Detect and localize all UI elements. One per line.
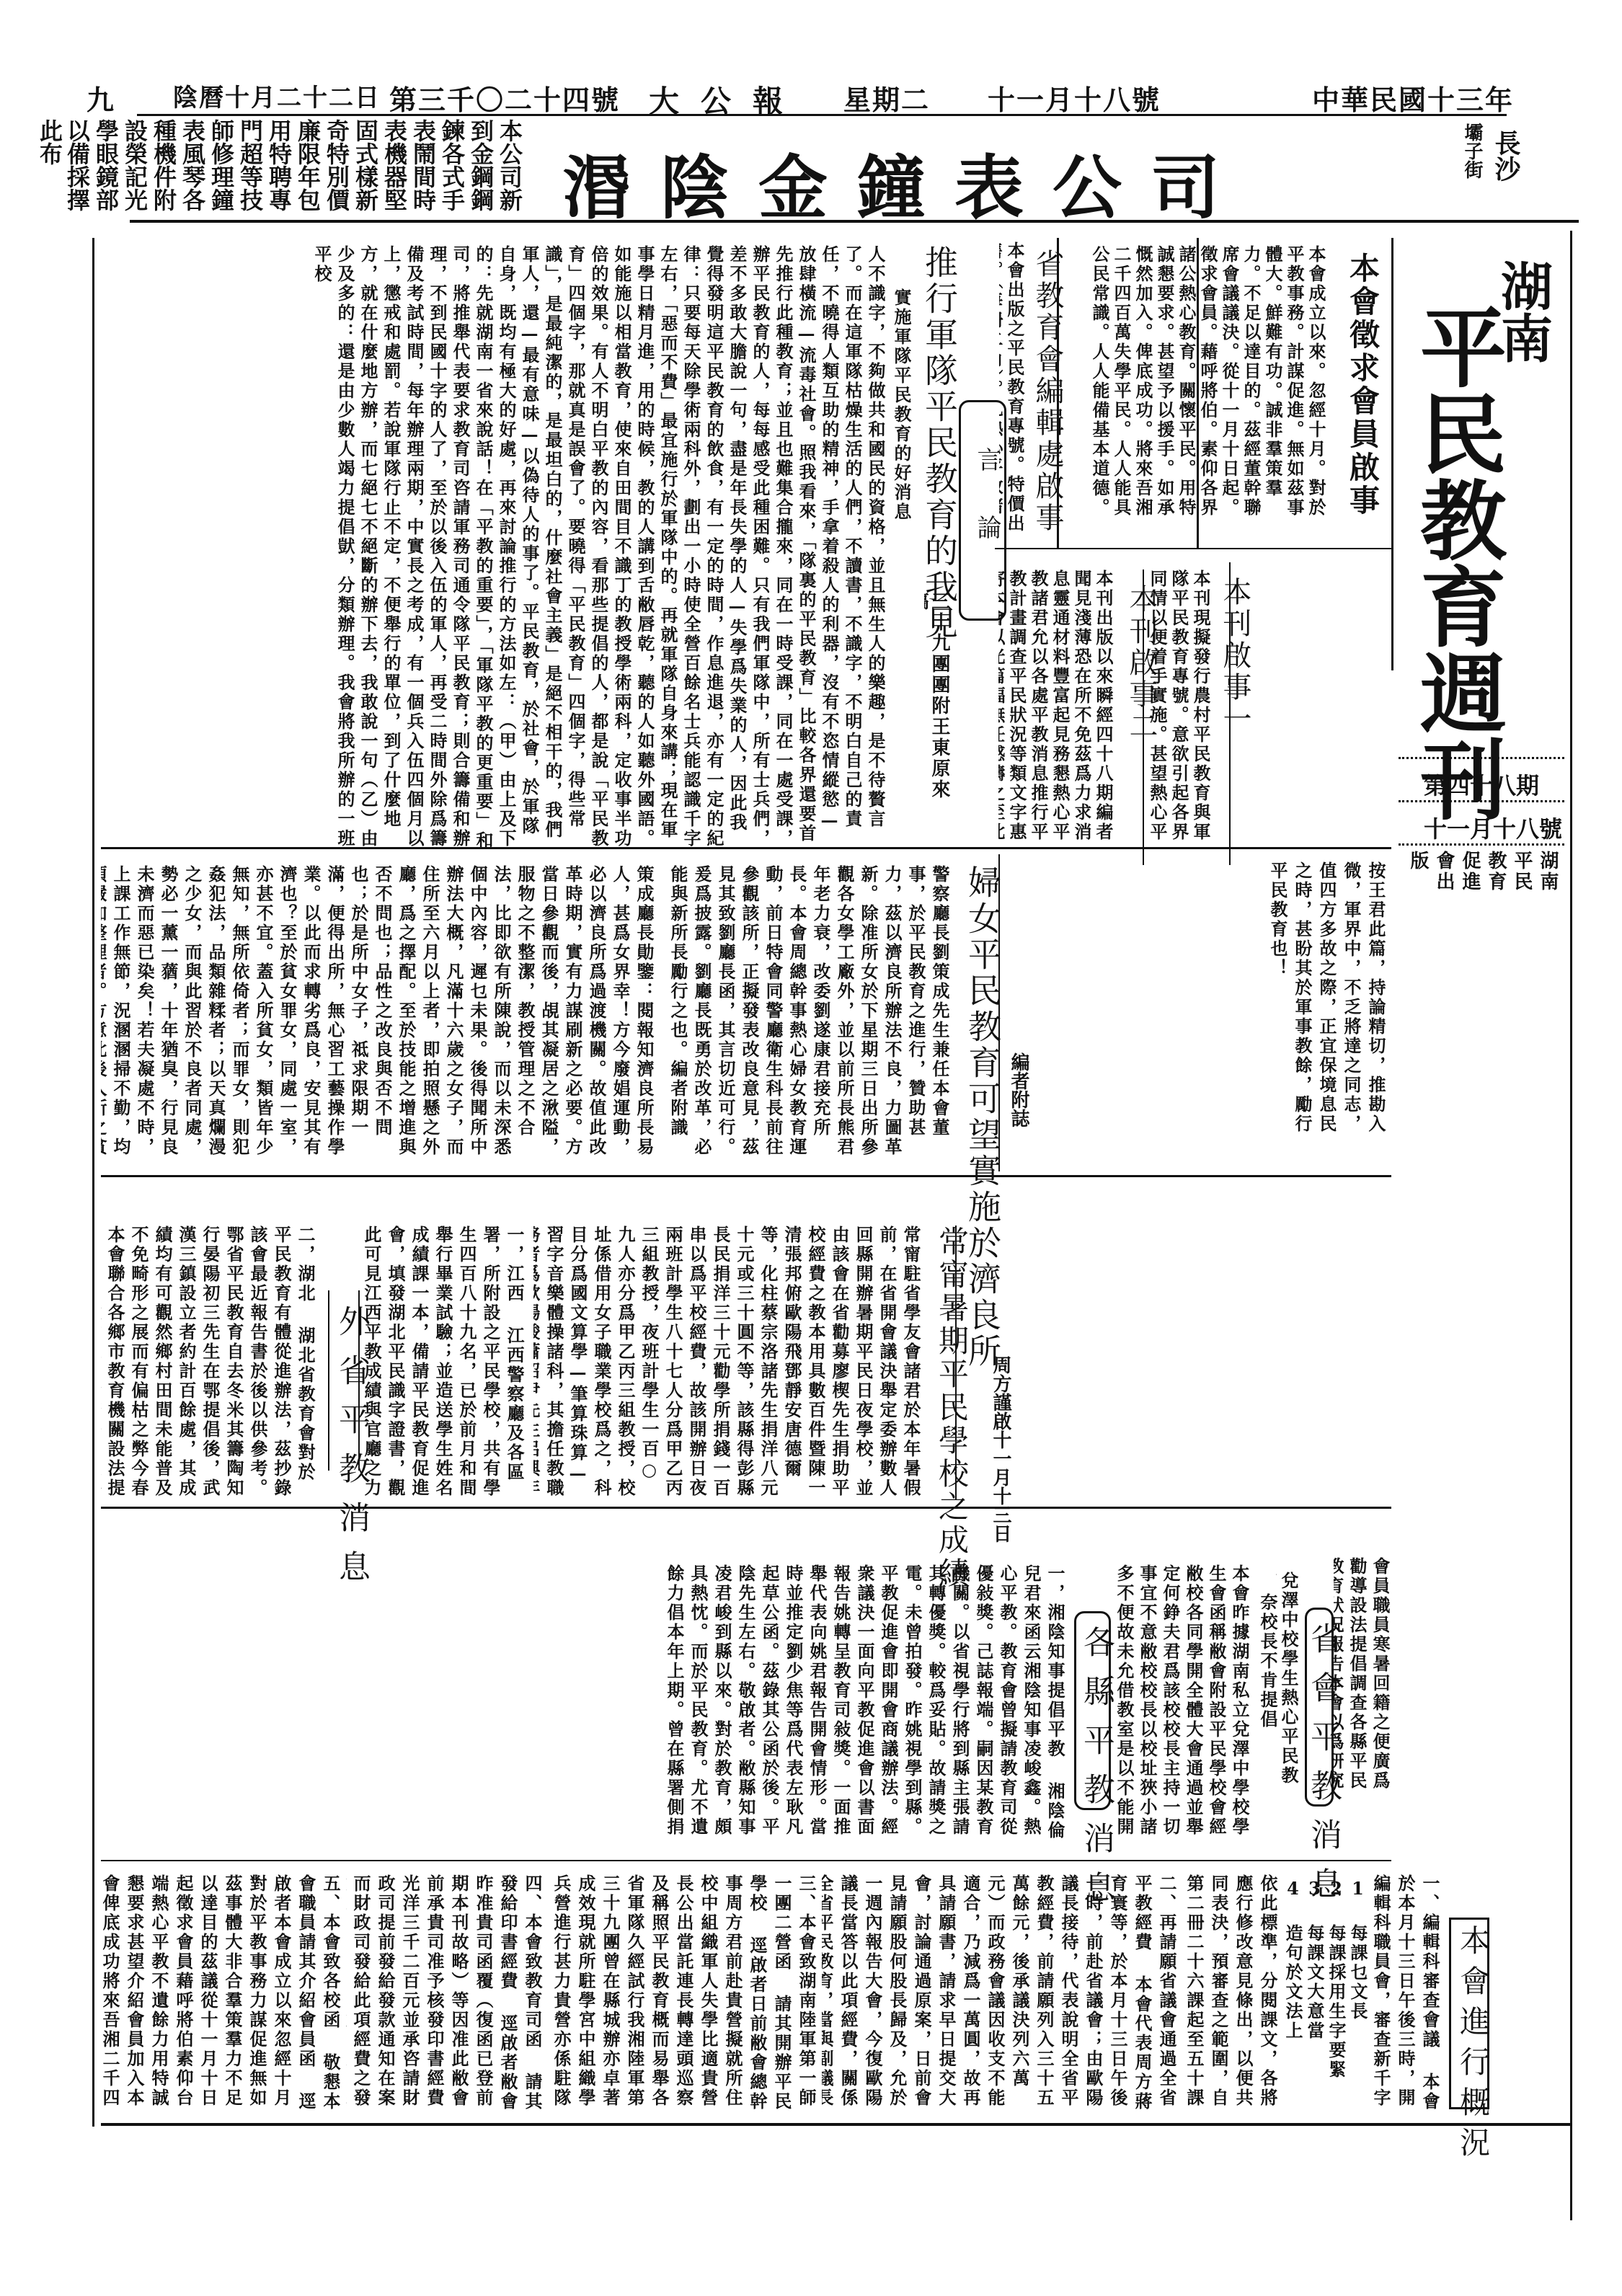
ad-street: 壩子街 (1460, 123, 1484, 179)
masthead-date: 十一月十八號 (988, 78, 1161, 118)
masthead-page-no: 九 (87, 78, 115, 118)
ad-line: 奇特別價 (324, 119, 349, 211)
womens-article-letter: 策成廳長勛鑒：閱報知濟良所長易人，甚爲女界幸！方今廢娼運動，必以濟良所爲過渡機關… (101, 865, 656, 1168)
nameplate-wave-rule (1399, 843, 1564, 850)
ad-line: 表鬧間時 (411, 119, 435, 211)
provincial-news-text: 本會昨據湖南私立兌澤中學校學生會函稱敝會附設平民學校會經敝校各同學開全體大會通過… (1114, 1564, 1251, 1853)
womens-article-signature: 周方謹啟十一月十三日 (988, 1355, 1014, 1543)
ad-bottom-rule (130, 220, 1579, 223)
ad-location: 長沙 (1494, 130, 1518, 182)
nameplate-wave-rule (1399, 800, 1564, 807)
notice-two-text: 本刊出版以來瞬經四十八期編者聞見淺薄恐在所不免茲爲力求消息靈通材料豐富起見務懇熱… (998, 569, 1114, 858)
progress-criterion: 3 每課文大意當否？淺深合度否？ (1303, 1878, 1325, 2058)
frame-right (1570, 231, 1572, 2220)
ad-line: 以備採擇 (65, 119, 89, 211)
ad-line: 表風琴各 (180, 119, 205, 211)
other-provinces-item: 二，湖北 湖北省教育會對於平民教育有體從進辦法，茲抄錄該會最近報告書於後以供參考… (101, 1225, 317, 1499)
ad-line: 本公司新 (497, 119, 522, 211)
other-provinces-item: 一，江西 江西警察廳及各區署，所附設之平民學校，共有學生四百八十九名，已於前月和… (360, 1225, 526, 1499)
provincial-office-title: 省教育會編輯處啟事 (1027, 249, 1068, 534)
summer-school-text: 常甯駐省學友會諸君於本年暑假前，在省開會議決舉定委辦數人回縣開辦暑期平民日夜學校… (533, 1225, 923, 1499)
progress-item: 五、本會致各校函 敬懇本會職員請其介紹會員函 逕啟者本會成立以來忽經十月對於平教… (101, 1874, 342, 2112)
journal-publisher: 湖南平民教育促進會出版 (1402, 851, 1561, 908)
section-rule (101, 1507, 1391, 1509)
member-call-text: 本會成立以來。忽經十月。對於平教事務。計謀促進。無如茲事體大。鮮難有功。誠非羣策… (1089, 245, 1326, 533)
ad-line: 固式樣新 (353, 119, 378, 211)
ad-line: 鍊各式手 (440, 119, 464, 211)
provincial-news-title: 省會平教消息 (1300, 1622, 1346, 1916)
summer-school-title: 常甯暑期平民學校之成績 (930, 1225, 973, 1590)
ad-line: 師修理鐘 (209, 119, 234, 211)
provincial-news-subhead: 奈校長不肯提倡何 (1258, 1593, 1278, 1737)
journal-issue: 第四十八期 (1424, 768, 1539, 801)
editorial-byline: 三十九團團附王東原來稿 (924, 591, 950, 807)
journal-date: 十一月十八號 (1424, 811, 1562, 844)
editorial-subtitle: 實施軍隊平民教育的好消息 (890, 288, 912, 533)
progress-criterion: 4 造句於文法上論理上無錯誤否？ (1282, 1878, 1303, 2058)
ad-line: 用特聘專 (267, 119, 291, 211)
notice-two-title: 本刊啟事二 (1121, 584, 1162, 743)
frame-left (92, 238, 94, 2127)
masthead-lunar-date: 陰曆十月二十二日 (173, 78, 381, 113)
section-label: 言論 (970, 447, 1005, 582)
section-rule (101, 1175, 995, 1177)
ad-line: 設榮記光 (123, 119, 147, 211)
county-news-item: 一，湘陰知事提倡平教 湘陰倫兒君來函云湘陰知事凌峻鑫。熱心平教。教育會曾擬請教育… (663, 1564, 1067, 1853)
progress-item: 二、再請願省議會通過全省平教經費 本會代表周方蔣育寰等，於本月十三日午後一時，前… (822, 1874, 1179, 2112)
journal-title: 平民教育週刊 (1406, 303, 1507, 822)
ad-line: 學眼鏡部 (94, 119, 118, 211)
progress-item: 三、本會致湖南陸軍第一師一團二營函 請其開辦平民學校 逕啟者日前敝會總幹事周方君… (548, 1874, 818, 2112)
section-rule (101, 1860, 1391, 1861)
ad-line: 廉限年包 (296, 119, 320, 211)
progress-criterion: 2 每課採用生字要緊否？多少適宜否？ (1325, 1878, 1347, 2094)
progress-title: 本會進行概況 (1451, 1925, 1494, 2167)
frame-bottom (101, 2123, 1572, 2126)
nameplate-wave-rule (1399, 757, 1564, 763)
provincial-office-text-cont (1262, 551, 1384, 768)
progress-item: 四、本會致教育司函 請其發給印書經費 逕啟者敝會昨准貴司函覆（復函已登前期本刊故… (346, 1874, 544, 2112)
masthead-date-roc: 中華民國十三年 (1312, 78, 1514, 118)
editor-note-text: 按王君此篇，持論精切，推勘入微，軍界中，不乏將達之同志，值四方多故之際，正宜保境… (998, 861, 1388, 1135)
ad-line: 門超等技 (238, 119, 262, 211)
nameplate-border (1391, 238, 1393, 670)
progress-item: 一、編輯科審查會議 本會於本月十三日午後三時，開編輯科職員會，審查新千字課，到會… (1370, 1874, 1442, 2112)
editorial-title: 推行軍隊平民教育的我見 (916, 245, 963, 642)
ad-company-name: 湣陰金鐘表公司 (562, 133, 1249, 232)
ad-line: 表機器堅 (382, 119, 407, 211)
editorial-text: 人不識字，不夠做共和國民的資格，並且無生人的樂趣，是不待贅言了。而在這軍隊枯燥生… (101, 245, 887, 851)
notice-divider (995, 548, 1391, 549)
editor-note-signature: 編者附誌 (1006, 1052, 1032, 1127)
ad-line: 種機件附 (151, 119, 176, 211)
section-rule (995, 1175, 1391, 1177)
progress-item: 依此標準，分閱課文，各將應行修改意見條出，以便共同表決，預審查之範圍，自第二冊二… (1182, 1874, 1280, 2112)
notice-one-title: 本刊啟事一 (1215, 577, 1256, 735)
member-call-title: 本會徵求會員啟事 (1341, 252, 1384, 518)
ad-line: 到金鋼鋼 (469, 119, 493, 211)
womens-article-intro: 警察廳長劉策成先生兼任本會董事，於平民教育之進行，贊助甚力，茲以濟良所辦法不良，… (663, 865, 952, 1168)
section-rule (101, 847, 1391, 849)
provincial-news-headline: 兌澤中校學生熱心平民教育 (1276, 1572, 1299, 1802)
progress-criterion: 1 每課乜文長短適宜否？ (1347, 1878, 1368, 2022)
masthead-weekday: 星期二 (843, 78, 930, 118)
ad-footer: 此布 (37, 119, 62, 165)
womens-article-letter-cont (1125, 1211, 1391, 1499)
masthead: 中華民國十三年 十一月十八號 星期二 大公報 第三千〇二十四號 陰曆十月二十二日… (130, 78, 1622, 107)
masthead-issue-no: 第三千〇二十四號 (389, 78, 620, 118)
